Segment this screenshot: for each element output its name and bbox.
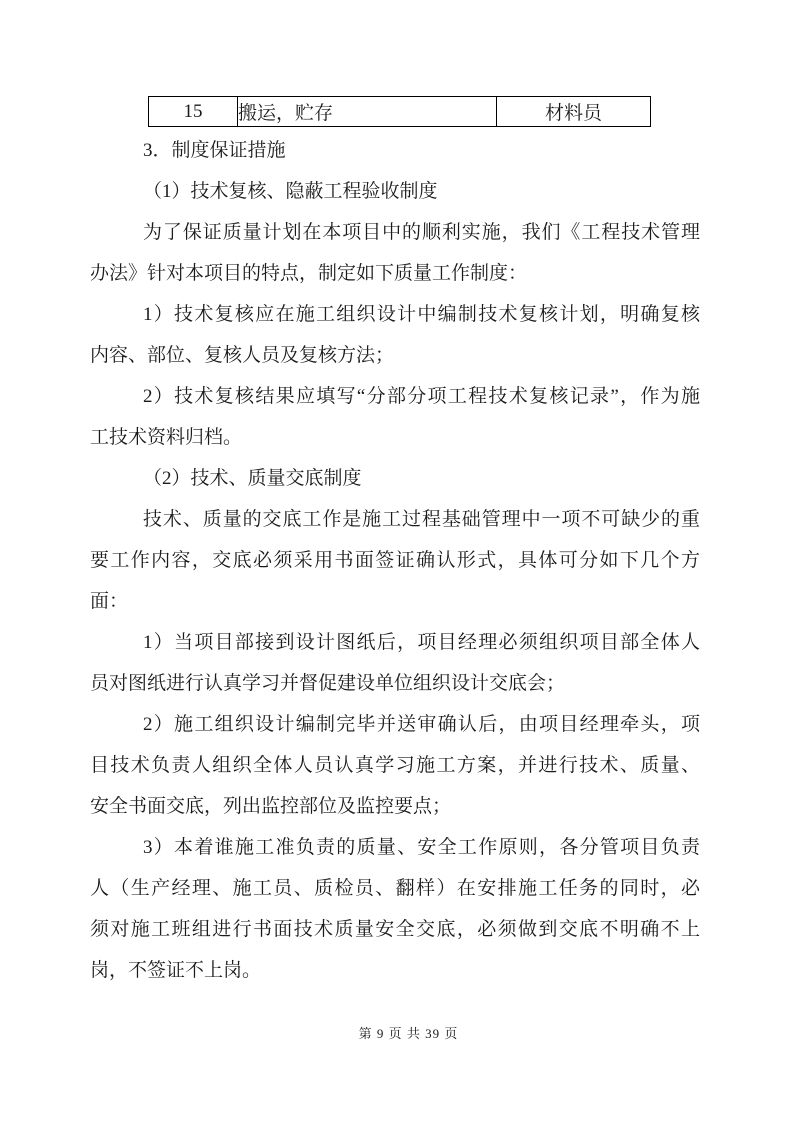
text-line: 人（生产经理、施工员、质检员、翻样）在安排施工任务的同时，必	[90, 868, 700, 909]
text-line: 为了保证质量计划在本项目中的顺利实施，我们《工程技术管理	[90, 212, 700, 253]
text-line: 目技术负责人组织全体人员认真学习施工方案，并进行技术、质量、	[90, 745, 700, 786]
page-number: 第 9 页 共 39 页	[359, 1026, 459, 1041]
table-cell-role: 材料员	[497, 97, 651, 127]
table-cell-index: 15	[149, 97, 238, 127]
text-line: 1）技术复核应在施工组织设计中编制技术复核计划，明确复核	[90, 294, 700, 335]
text-line: 工技术资料归档。	[90, 417, 700, 458]
table-row: 15 搬运，贮存 材料员	[149, 97, 651, 127]
text-line: 技术、质量的交底工作是施工过程基础管理中一项不可缺少的重	[90, 499, 700, 540]
text-line: 办法》针对本项目的特点，制定如下质量工作制度：	[90, 253, 700, 294]
text-line: 1）当项目部接到设计图纸后，项目经理必须组织项目部全体人	[90, 622, 700, 663]
text-line: 内容、部位、复核人员及复核方法；	[90, 335, 700, 376]
body-text: 3．制度保证措施（1）技术复核、隐蔽工程验收制度为了保证质量计划在本项目中的顺利…	[90, 130, 700, 991]
table-cell-activity: 搬运，贮存	[238, 97, 497, 127]
text-line: 岗，不签证不上岗。	[90, 950, 700, 991]
text-line: 安全书面交底，列出监控部位及监控要点；	[90, 786, 700, 827]
text-line: 3．制度保证措施	[90, 130, 700, 171]
text-line: 2）施工组织设计编制完毕并送审确认后，由项目经理牵头，项	[90, 704, 700, 745]
page-footer: 第 9 页 共 39 页	[12, 1026, 793, 1042]
text-line: （1）技术复核、隐蔽工程验收制度	[90, 171, 700, 212]
text-line: 面：	[90, 581, 700, 622]
text-line: 员对图纸进行认真学习并督促建设单位组织设计交底会；	[90, 663, 700, 704]
text-line: （2）技术、质量交底制度	[90, 458, 700, 499]
text-line: 要工作内容，交底必须采用书面签证确认形式，具体可分如下几个方	[90, 540, 700, 581]
page-content: 15 搬运，贮存 材料员 3．制度保证措施（1）技术复核、隐蔽工程验收制度为了保…	[90, 96, 700, 991]
text-line: 3）本着谁施工准负责的质量、安全工作原则，各分管项目负责	[90, 827, 700, 868]
document-page: 15 搬运，贮存 材料员 3．制度保证措施（1）技术复核、隐蔽工程验收制度为了保…	[0, 0, 793, 1122]
text-line: 须对施工班组进行书面技术质量安全交底，必须做到交底不明确不上	[90, 909, 700, 950]
text-line: 2）技术复核结果应填写“分部分项工程技术复核记录”，作为施	[90, 376, 700, 417]
responsibility-table: 15 搬运，贮存 材料员	[148, 96, 651, 127]
